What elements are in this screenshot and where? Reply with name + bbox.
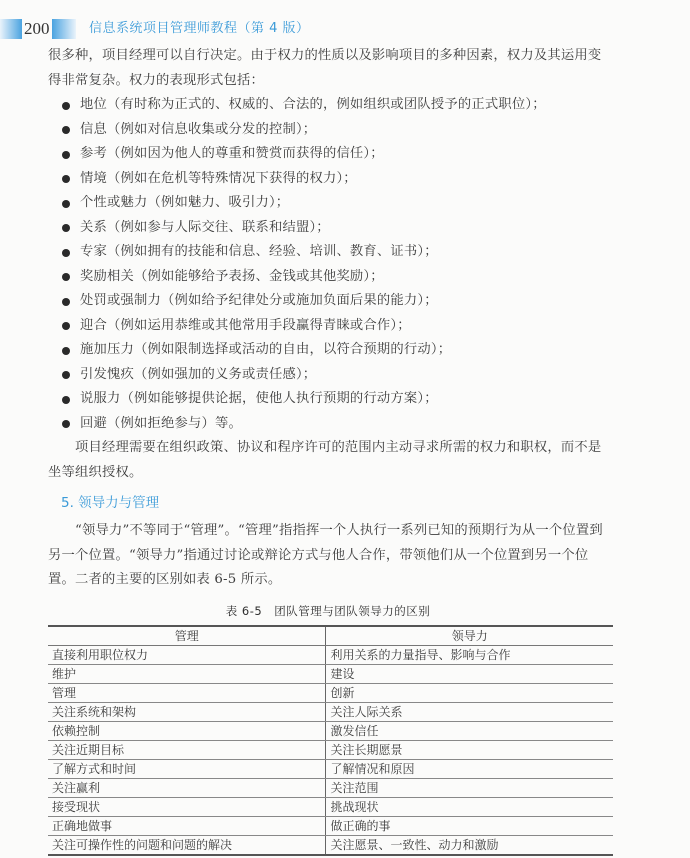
list-item: 引发愧疚（例如强加的义务或责任感）； — [48, 363, 608, 388]
bullet-icon — [62, 249, 70, 257]
table-row: 关注近期目标关注长期愿景 — [48, 740, 613, 759]
table-row: 管理创新 — [48, 683, 613, 702]
intro-paragraph: 很多种，项目经理可以自行决定。由于权力的性质以及影响项目的多种因素，权力及其运用… — [48, 44, 608, 93]
page-content: 很多种，项目经理可以自行决定。由于权力的性质以及影响项目的多种因素，权力及其运用… — [48, 44, 608, 856]
table-row: 关注系统和架构关注人际关系 — [48, 702, 613, 721]
list-item: 奖励相关（例如能够给予表扬、金钱或其他奖励）； — [48, 265, 608, 290]
list-item: 回避（例如拒绝参与）等。 — [48, 412, 608, 437]
table-row: 关注可操作性的问题和问题的解决关注愿景、一致性、动力和激励 — [48, 835, 613, 855]
list-item: 个性或魅力（例如魅力、吸引力）； — [48, 191, 608, 216]
list-item: 说服力（例如能够提供论据，使他人执行预期的行动方案）； — [48, 387, 608, 412]
bullet-icon — [62, 151, 70, 159]
comparison-table: 管理 领导力 直接利用职位权力利用关系的力量指导、影响与合作 维护建设 管理创新… — [48, 625, 613, 856]
table-row: 正确地做事做正确的事 — [48, 816, 613, 835]
list-item: 迎合（例如运用恭维或其他常用手段赢得青睐或合作）； — [48, 314, 608, 339]
table-row: 依赖控制激发信任 — [48, 721, 613, 740]
bullet-icon — [62, 347, 70, 355]
list-item: 专家（例如拥有的技能和信息、经验、培训、教育、证书）； — [48, 240, 608, 265]
table-caption: 表 6-5 团队管理与团队领导力的区别 — [48, 603, 608, 619]
table-row: 接受现状挑战现状 — [48, 797, 613, 816]
list-item: 情境（例如在危机等特殊情况下获得的权力）； — [48, 167, 608, 192]
leadership-paragraph: “领导力”不等同于“管理”。“管理”指指挥一个人执行一系列已知的预期行为从一个位… — [48, 519, 608, 593]
column-header-management: 管理 — [48, 626, 326, 646]
header-gradient-bar-right — [52, 19, 76, 39]
bullet-icon — [62, 175, 70, 183]
list-item: 关系（例如参与人际交往、联系和结盟）； — [48, 216, 608, 241]
bullet-icon — [62, 273, 70, 281]
table-row: 关注赢利关注范围 — [48, 778, 613, 797]
bullet-icon — [62, 200, 70, 208]
bullet-icon — [62, 420, 70, 428]
table-header-row: 管理 领导力 — [48, 626, 613, 646]
bullet-icon — [62, 322, 70, 330]
authority-paragraph: 项目经理需要在组织政策、协议和程序许可的范围内主动寻求所需的权力和职权，而不是坐… — [48, 436, 608, 485]
list-item: 信息（例如对信息收集或分发的控制）； — [48, 118, 608, 143]
bullet-icon — [62, 298, 70, 306]
bullet-icon — [62, 396, 70, 404]
table-row: 维护建设 — [48, 664, 613, 683]
list-item: 处罚或强制力（例如给予纪律处分或施加负面后果的能力）； — [48, 289, 608, 314]
bullet-icon — [62, 224, 70, 232]
power-forms-list: 地位（有时称为正式的、权威的、合法的，例如组织或团队授予的正式职位）； 信息（例… — [48, 93, 608, 436]
bullet-icon — [62, 126, 70, 134]
section-heading: 5. 领导力与管理 — [61, 491, 608, 515]
header-gradient-bar-left — [0, 19, 22, 39]
table-row: 直接利用职位权力利用关系的力量指导、影响与合作 — [48, 645, 613, 664]
list-item: 参考（例如因为他人的尊重和赞赏而获得的信任）； — [48, 142, 608, 167]
bullet-icon — [62, 102, 70, 110]
book-title: 信息系统项目管理师教程（第 4 版） — [89, 19, 310, 39]
page-number: 200 — [24, 18, 50, 40]
list-item: 施加压力（例如限制选择或活动的自由，以符合预期的行动）； — [48, 338, 608, 363]
column-header-leadership: 领导力 — [326, 626, 613, 646]
table-row: 了解方式和时间了解情况和原因 — [48, 759, 613, 778]
list-item: 地位（有时称为正式的、权威的、合法的，例如组织或团队授予的正式职位）； — [48, 93, 608, 118]
page-header: 200 信息系统项目管理师教程（第 4 版） — [0, 18, 690, 40]
bullet-icon — [62, 371, 70, 379]
